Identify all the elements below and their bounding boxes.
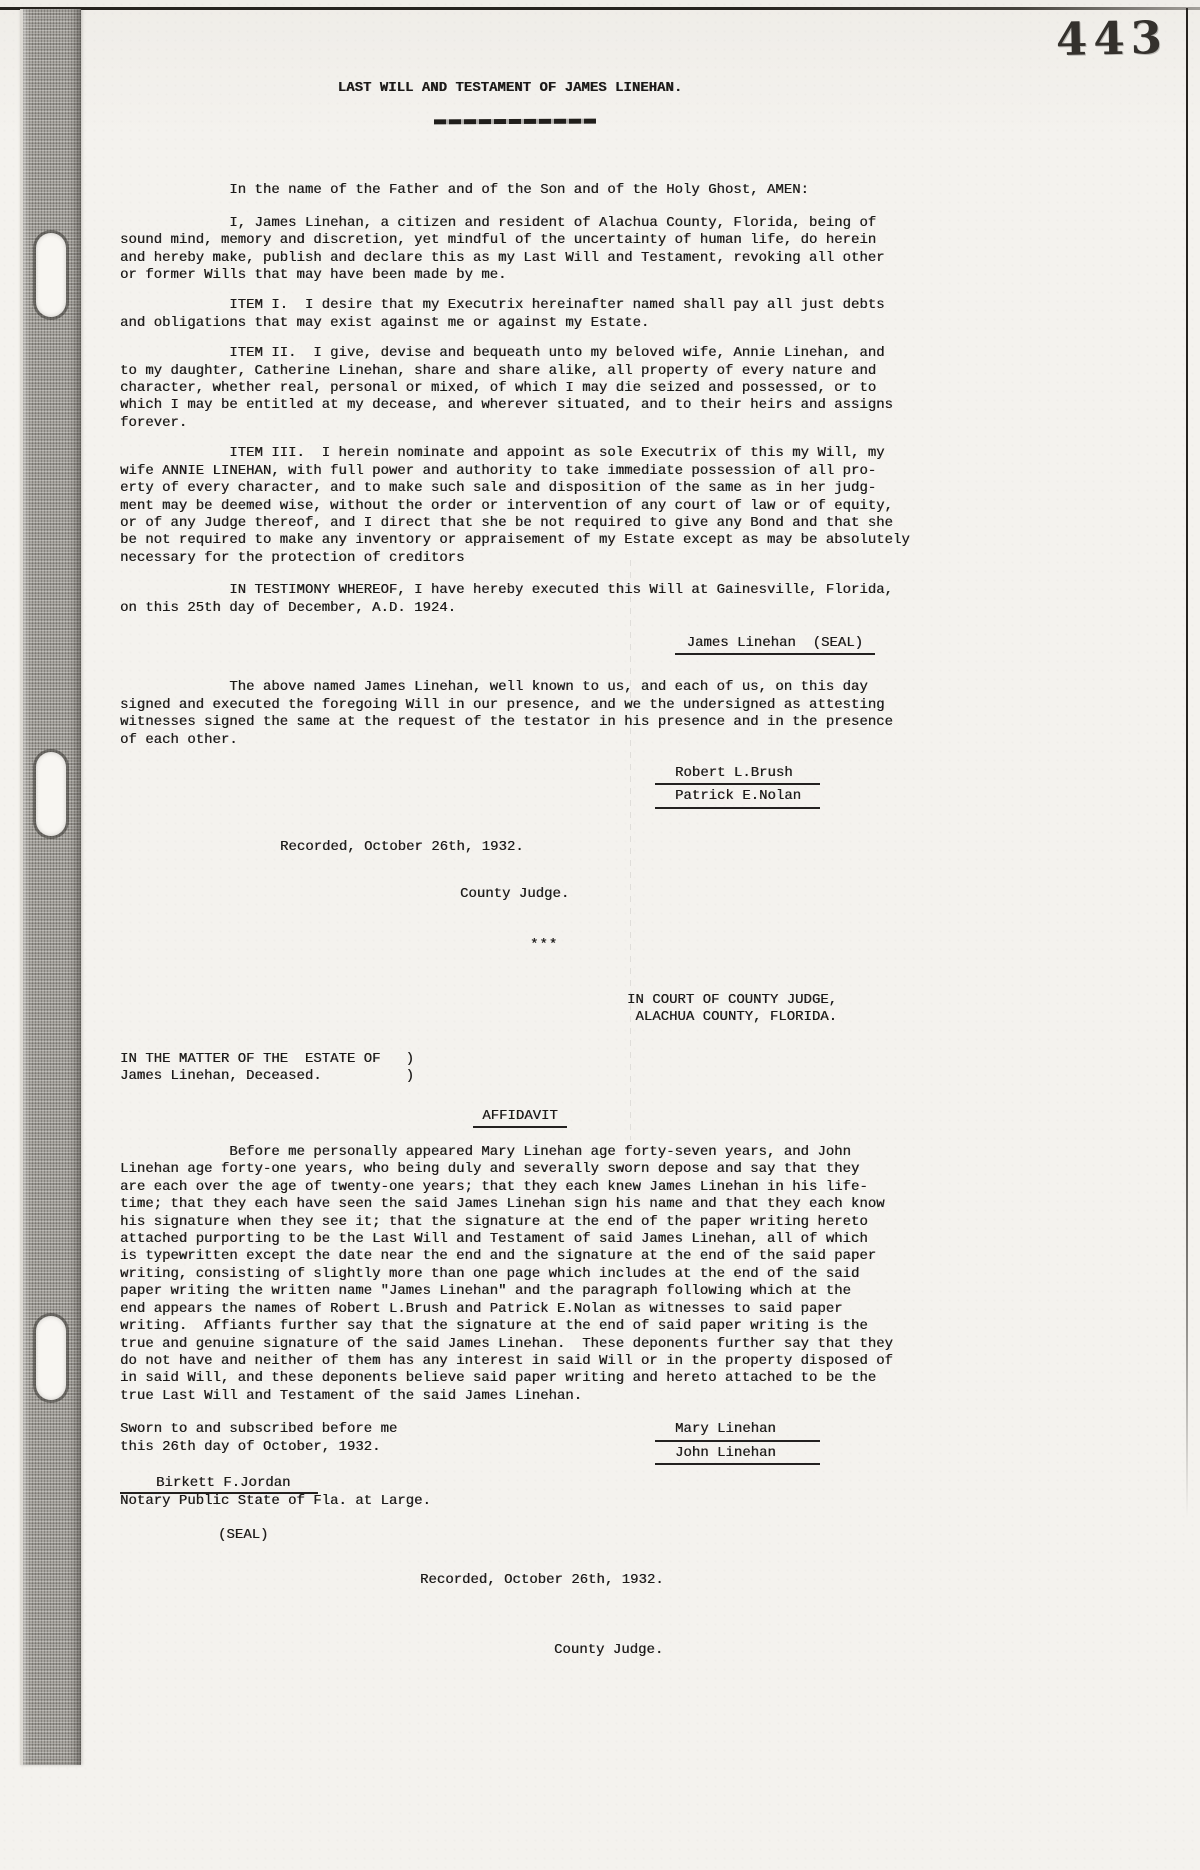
- recorded-line: Recorded, October 26th, 1932.: [120, 1572, 950, 1589]
- county-judge-line: County Judge.: [120, 886, 950, 903]
- item-one-paragraph: ITEM I. I desire that my Executrix herei…: [120, 297, 950, 332]
- attestation-paragraph: The above named James Linehan, well know…: [120, 679, 950, 749]
- witness-signatures: Robert L.Brush Patrick E.Nolan: [120, 765, 950, 809]
- testator-signature: James Linehan (SEAL): [675, 635, 875, 655]
- asterisk-separator: ***: [120, 937, 950, 954]
- right-edge-line: [1186, 8, 1188, 1518]
- document-title: LAST WILL AND TESTAMENT OF JAMES LINEHAN…: [95, 80, 925, 97]
- case-caption: IN THE MATTER OF THE ESTATE OF ) James L…: [120, 1051, 950, 1086]
- punch-hole: [36, 752, 66, 836]
- punch-hole: [36, 1316, 66, 1400]
- notary-seal-label: (SEAL): [120, 1527, 950, 1544]
- notary-block: Birkett F.Jordan Notary Public State of …: [120, 1475, 950, 1511]
- witness-signature: Patrick E.Nolan: [655, 788, 820, 808]
- preamble-paragraph: In the name of the Father and of the Son…: [120, 182, 950, 199]
- sworn-statement: Sworn to and subscribed before me this 2…: [120, 1421, 397, 1456]
- scanned-page: 443 LAST WILL AND TESTAMENT OF JAMES LIN…: [0, 0, 1200, 1870]
- deponent-signature: Mary Linehan: [655, 1421, 820, 1441]
- county-judge-line: County Judge.: [120, 1642, 950, 1659]
- document-body: LAST WILL AND TESTAMENT OF JAMES LINEHAN…: [120, 70, 950, 1659]
- recorded-line: Recorded, October 26th, 1932.: [120, 839, 950, 856]
- witness-signature: Robert L.Brush: [655, 765, 820, 785]
- item-two-paragraph: ITEM II. I give, devise and bequeath unt…: [120, 345, 950, 432]
- affidavit-paragraph: Before me personally appeared Mary Lineh…: [120, 1144, 950, 1405]
- item-three-paragraph: ITEM III. I herein nominate and appoint …: [120, 445, 950, 567]
- top-edge-line: [0, 7, 1200, 10]
- court-heading: IN COURT OF COUNTY JUDGE, ALACHUA COUNTY…: [120, 992, 950, 1027]
- punch-hole: [36, 233, 66, 317]
- deponent-signatures: Mary Linehan John Linehan: [655, 1421, 950, 1465]
- affidavit-heading-row: AFFIDAVIT: [120, 1108, 950, 1128]
- notary-signature: Birkett F.Jordan: [120, 1475, 318, 1494]
- testimony-paragraph: IN TESTIMONY WHEREOF, I have hereby exec…: [120, 582, 950, 617]
- declaration-paragraph: I, James Linehan, a citizen and resident…: [120, 215, 950, 285]
- sworn-row: Sworn to and subscribed before me this 2…: [120, 1421, 950, 1465]
- title-divider: [434, 119, 596, 125]
- page-number-stamp: 443: [1056, 11, 1169, 66]
- testator-signature-row: James Linehan (SEAL): [120, 635, 950, 655]
- affidavit-heading: AFFIDAVIT: [473, 1108, 567, 1128]
- deponent-signature: John Linehan: [655, 1445, 820, 1465]
- notary-title: Notary Public State of Fla. at Large.: [120, 1493, 950, 1510]
